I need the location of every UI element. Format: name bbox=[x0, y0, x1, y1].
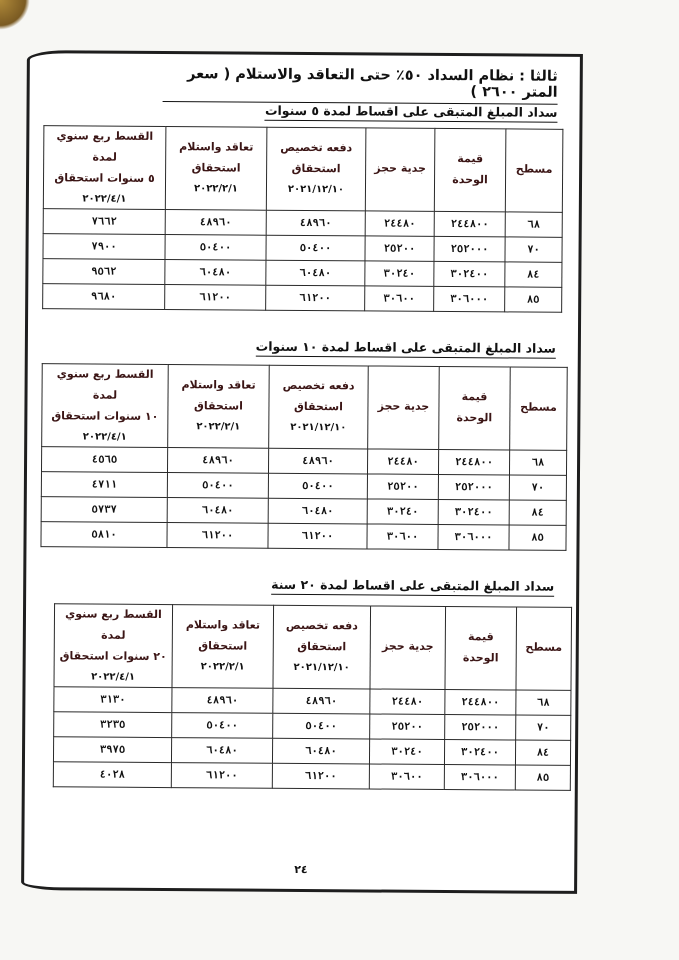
cell-area: ٨٥ bbox=[505, 287, 562, 312]
cell-allocation: ٦١٢٠٠ bbox=[268, 523, 367, 549]
cell-unit-value: ٢٤٤٨٠٠ bbox=[445, 689, 516, 714]
header-contract-due: استحقاق bbox=[170, 158, 262, 180]
cell-installment: ٥٧٣٧ bbox=[41, 496, 167, 522]
header-contract-label: تعاقد واستلام bbox=[170, 138, 262, 160]
header-allocation: دفعه تخصيص استحقاق ٢٠٢١/١٢/١٠ bbox=[273, 605, 371, 688]
cell-allocation: ٤٨٩٦٠ bbox=[268, 448, 367, 474]
cell-area: ٨٤ bbox=[509, 500, 566, 525]
cell-area: ٨٥ bbox=[515, 765, 570, 790]
cell-contract: ٦٠٤٨٠ bbox=[171, 737, 272, 763]
cell-unit-value: ٣٠٢٤٠٠ bbox=[444, 739, 515, 764]
cell-unit-value: ٣٠٦٠٠٠ bbox=[434, 286, 505, 311]
cell-contract: ٥٠٤٠٠ bbox=[172, 712, 273, 738]
section-title-20-years: سداد المبلغ المتبقى على اقساط لمدة ٢٠ سن… bbox=[271, 577, 554, 597]
header-reservation: جدية حجز bbox=[370, 606, 446, 689]
cell-reservation: ٢٥٢٠٠ bbox=[365, 236, 434, 261]
header-allocation-label: دفعه تخصيص bbox=[271, 138, 361, 160]
table-row: ٨٤ ٣٠٢٤٠٠ ٣٠٢٤٠ ٦٠٤٨٠ ٦٠٤٨٠ ٣٩٧٥ bbox=[53, 736, 570, 765]
header-installment-line1: القسط ربع سنوي لمدة bbox=[48, 126, 161, 169]
table-row: ٧٠ ٢٥٢٠٠٠ ٢٥٢٠٠ ٥٠٤٠٠ ٥٠٤٠٠ ٣٢٣٥ bbox=[54, 711, 571, 740]
header-area: مسطح bbox=[516, 607, 572, 690]
cell-area: ٧٠ bbox=[516, 715, 571, 740]
payment-table-20-years: مسطح قيمة الوحدة جدية حجز دفعه تخصيص است… bbox=[53, 603, 572, 790]
cell-unit-value: ٣٠٦٠٠٠ bbox=[444, 764, 515, 789]
cell-unit-value: ٣٠٦٠٠٠ bbox=[438, 524, 509, 549]
cell-unit-value: ٢٥٢٠٠٠ bbox=[445, 714, 516, 739]
header-allocation-label: دفعه تخصيص bbox=[274, 376, 364, 398]
header-unit-value: قيمة الوحدة bbox=[439, 366, 511, 449]
cell-area: ٦٨ bbox=[509, 450, 566, 475]
page-corner-decoration bbox=[0, 0, 30, 30]
header-contract-date: ٢٠٢٢/٢/١ bbox=[172, 417, 264, 437]
header-contract-date: ٢٠٢٢/٢/١ bbox=[170, 179, 262, 199]
document-frame: ثالثا : نظام السداد ٥٠٪ حتى التعاقد والا… bbox=[21, 50, 583, 894]
table-row: ٦٨ ٢٤٤٨٠٠ ٢٤٤٨٠ ٤٨٩٦٠ ٤٨٩٦٠ ٤٥٦٥ bbox=[41, 446, 566, 475]
cell-area: ٧٠ bbox=[505, 237, 562, 262]
header-installment-line1: القسط ربع سنوي لمدة bbox=[59, 604, 168, 647]
header-allocation: دفعه تخصيص استحقاق ٢٠٢١/١٢/١٠ bbox=[266, 127, 366, 210]
header-installment-date: ٢٠٢٢/٤/١ bbox=[59, 667, 168, 687]
cell-area: ٨٤ bbox=[515, 740, 570, 765]
table-row: ٨٥ ٣٠٦٠٠٠ ٣٠٦٠٠ ٦١٢٠٠ ٦١٢٠٠ ٤٠٢٨ bbox=[53, 761, 570, 790]
cell-reservation: ٢٤٤٨٠ bbox=[365, 211, 434, 236]
cell-area: ٨٤ bbox=[505, 262, 562, 287]
table-row: ٦٨ ٢٤٤٨٠٠ ٢٤٤٨٠ ٤٨٩٦٠ ٤٨٩٦٠ ٣١٣٠ bbox=[54, 686, 571, 715]
cell-unit-value: ٣٠٢٤٠٠ bbox=[434, 261, 505, 286]
cell-allocation: ٦٠٤٨٠ bbox=[272, 738, 369, 764]
header-contract-date: ٢٠٢٢/٢/١ bbox=[177, 657, 269, 677]
header-installment: القسط ربع سنوي لمدة ٢٠ سنوات استحقاق ٢٠٢… bbox=[54, 604, 173, 687]
header-contract-due: استحقاق bbox=[177, 636, 269, 658]
cell-installment: ٤٠٢٨ bbox=[53, 761, 171, 787]
table-row: ٧٠ ٢٥٢٠٠٠ ٢٥٢٠٠ ٥٠٤٠٠ ٥٠٤٠٠ ٤٧١١ bbox=[41, 471, 566, 500]
cell-allocation: ٦٠٤٨٠ bbox=[268, 498, 367, 524]
header-contract: تعاقد واستلام استحقاق ٢٠٢٢/٢/١ bbox=[165, 127, 267, 210]
cell-installment: ٣٩٧٥ bbox=[53, 736, 171, 762]
cell-reservation: ٣٠٢٤٠ bbox=[365, 261, 434, 286]
cell-reservation: ٢٥٢٠٠ bbox=[367, 474, 438, 499]
cell-installment: ٣١٣٠ bbox=[54, 686, 172, 712]
header-installment-line2: ١٠ سنوات استحقاق bbox=[46, 406, 163, 428]
table-header-row: مسطح قيمة الوحدة جدية حجز دفعه تخصيص است… bbox=[42, 364, 568, 450]
cell-reservation: ٣٠٦٠٠ bbox=[367, 524, 438, 549]
header-contract-due: استحقاق bbox=[172, 396, 264, 418]
header-area: مسطح bbox=[510, 367, 568, 450]
cell-area: ٦٨ bbox=[516, 690, 571, 715]
cell-contract: ٦١٢٠٠ bbox=[167, 522, 268, 548]
header-allocation-due: استحقاق bbox=[271, 159, 361, 181]
header-allocation-due: استحقاق bbox=[278, 637, 366, 659]
page-number: ٢٤ bbox=[294, 863, 308, 876]
section-title-10-years: سداد المبلغ المتبقى على اقساط لمدة ١٠ سن… bbox=[256, 339, 556, 359]
cell-allocation: ٦٠٤٨٠ bbox=[266, 260, 365, 286]
header-contract: تعاقد واستلام استحقاق ٢٠٢٢/٢/١ bbox=[172, 605, 274, 688]
payment-table-10-years: مسطح قيمة الوحدة جدية حجز دفعه تخصيص است… bbox=[40, 363, 567, 550]
cell-contract: ٦٠٤٨٠ bbox=[165, 259, 266, 285]
header-reservation: جدية حجز bbox=[365, 128, 435, 211]
section-title-5-years: سداد المبلغ المتبقى على اقساط لمدة ٥ سنو… bbox=[265, 103, 558, 123]
header-contract: تعاقد واستلام استحقاق ٢٠٢٢/٢/١ bbox=[168, 365, 270, 448]
header-allocation: دفعه تخصيص استحقاق ٢٠٢١/١٢/١٠ bbox=[269, 365, 369, 448]
cell-installment: ٩٦٨٠ bbox=[43, 283, 165, 309]
header-installment-date: ٢٠٢٢/٤/١ bbox=[46, 427, 163, 447]
cell-installment: ٣٢٣٥ bbox=[54, 711, 172, 737]
header-contract-label: تعاقد واستلام bbox=[173, 376, 265, 398]
cell-contract: ٦٠٤٨٠ bbox=[167, 497, 268, 523]
table-row: ٧٠ ٢٥٢٠٠٠ ٢٥٢٠٠ ٥٠٤٠٠ ٥٠٤٠٠ ٧٩٠٠ bbox=[43, 233, 562, 262]
table-row: ٨٤ ٣٠٢٤٠٠ ٣٠٢٤٠ ٦٠٤٨٠ ٦٠٤٨٠ ٩٥٦٢ bbox=[43, 258, 562, 287]
table-row: ٨٥ ٣٠٦٠٠٠ ٣٠٦٠٠ ٦١٢٠٠ ٦١٢٠٠ ٩٦٨٠ bbox=[43, 283, 562, 312]
table-row: ٨٤ ٣٠٢٤٠٠ ٣٠٢٤٠ ٦٠٤٨٠ ٦٠٤٨٠ ٥٧٣٧ bbox=[41, 496, 566, 525]
table-row: ٨٥ ٣٠٦٠٠٠ ٣٠٦٠٠ ٦١٢٠٠ ٦١٢٠٠ ٥٨١٠ bbox=[41, 521, 566, 550]
header-allocation-date: ٢٠٢١/١٢/١٠ bbox=[278, 658, 366, 678]
cell-unit-value: ٣٠٢٤٠٠ bbox=[438, 499, 509, 524]
header-unit-value: قيمة الوحدة bbox=[445, 607, 517, 690]
cell-contract: ٤٨٩٦٠ bbox=[172, 687, 273, 713]
table-header-row: مسطح قيمة الوحدة جدية حجز دفعه تخصيص است… bbox=[54, 604, 572, 690]
cell-unit-value: ٢٥٢٠٠٠ bbox=[438, 474, 509, 499]
cell-contract: ٤٨٩٦٠ bbox=[165, 209, 266, 235]
cell-reservation: ٢٤٤٨٠ bbox=[370, 689, 445, 715]
payment-table-5-years: مسطح قيمة الوحدة جدية حجز دفعه تخصيص است… bbox=[42, 125, 563, 312]
cell-reservation: ٢٤٤٨٠ bbox=[367, 449, 438, 474]
cell-allocation: ٥٠٤٠٠ bbox=[273, 713, 370, 739]
cell-installment: ٤٥٦٥ bbox=[41, 446, 167, 472]
cell-area: ٦٨ bbox=[505, 212, 562, 237]
cell-reservation: ٣٠٦٠٠ bbox=[365, 286, 434, 311]
cell-allocation: ٥٠٤٠٠ bbox=[268, 473, 367, 499]
header-unit-value: قيمة الوحدة bbox=[434, 128, 506, 211]
cell-unit-value: ٢٤٤٨٠٠ bbox=[438, 449, 509, 474]
header-area: مسطح bbox=[505, 129, 563, 212]
cell-reservation: ٣٠٦٠٠ bbox=[369, 764, 444, 790]
cell-unit-value: ٢٤٤٨٠٠ bbox=[434, 211, 505, 236]
header-installment-date: ٢٠٢٢/٤/١ bbox=[48, 189, 161, 209]
cell-allocation: ٦١٢٠٠ bbox=[272, 763, 369, 789]
cell-contract: ٥٠٤٠٠ bbox=[165, 234, 266, 260]
header-installment-line2: ٥ سنوات استحقاق bbox=[48, 168, 161, 190]
cell-unit-value: ٢٥٢٠٠٠ bbox=[434, 236, 505, 261]
cell-reservation: ٣٠٢٤٠ bbox=[367, 499, 438, 524]
header-allocation-label: دفعه تخصيص bbox=[278, 616, 366, 638]
cell-area: ٧٠ bbox=[509, 475, 566, 500]
header-allocation-due: استحقاق bbox=[273, 397, 363, 419]
main-title: ثالثا : نظام السداد ٥٠٪ حتى التعاقد والا… bbox=[163, 66, 558, 105]
header-installment-line2: ٢٠ سنوات استحقاق bbox=[59, 646, 168, 668]
cell-allocation: ٥٠٤٠٠ bbox=[266, 235, 365, 261]
header-installment: القسط ربع سنوي لمدة ١٠ سنوات استحقاق ٢٠٢… bbox=[42, 364, 169, 448]
header-installment: القسط ربع سنوي لمدة ٥ سنوات استحقاق ٢٠٢٢… bbox=[43, 126, 166, 210]
cell-reservation: ٢٥٢٠٠ bbox=[370, 714, 445, 740]
cell-installment: ٧٩٠٠ bbox=[43, 233, 165, 259]
cell-area: ٨٥ bbox=[509, 525, 566, 550]
cell-installment: ٥٨١٠ bbox=[41, 521, 167, 547]
cell-allocation: ٤٨٩٦٠ bbox=[266, 210, 365, 236]
header-contract-label: تعاقد واستلام bbox=[177, 616, 269, 638]
cell-installment: ٧٦٦٢ bbox=[43, 208, 165, 234]
cell-contract: ٥٠٤٠٠ bbox=[167, 472, 268, 498]
header-installment-line1: القسط ربع سنوي لمدة bbox=[46, 364, 163, 407]
cell-contract: ٦١٢٠٠ bbox=[171, 762, 272, 788]
cell-contract: ٤٨٩٦٠ bbox=[167, 447, 268, 473]
header-allocation-date: ٢٠٢١/١٢/١٠ bbox=[273, 418, 363, 438]
cell-allocation: ٤٨٩٦٠ bbox=[273, 688, 370, 714]
table-row: ٦٨ ٢٤٤٨٠٠ ٢٤٤٨٠ ٤٨٩٦٠ ٤٨٩٦٠ ٧٦٦٢ bbox=[43, 208, 562, 237]
cell-allocation: ٦١٢٠٠ bbox=[266, 285, 365, 311]
cell-contract: ٦١٢٠٠ bbox=[165, 284, 266, 310]
cell-installment: ٤٧١١ bbox=[41, 471, 167, 497]
cell-reservation: ٣٠٢٤٠ bbox=[369, 739, 444, 765]
table-header-row: مسطح قيمة الوحدة جدية حجز دفعه تخصيص است… bbox=[43, 126, 563, 212]
cell-installment: ٩٥٦٢ bbox=[43, 258, 165, 284]
header-allocation-date: ٢٠٢١/١٢/١٠ bbox=[271, 180, 361, 200]
header-reservation: جدية حجز bbox=[368, 366, 440, 449]
